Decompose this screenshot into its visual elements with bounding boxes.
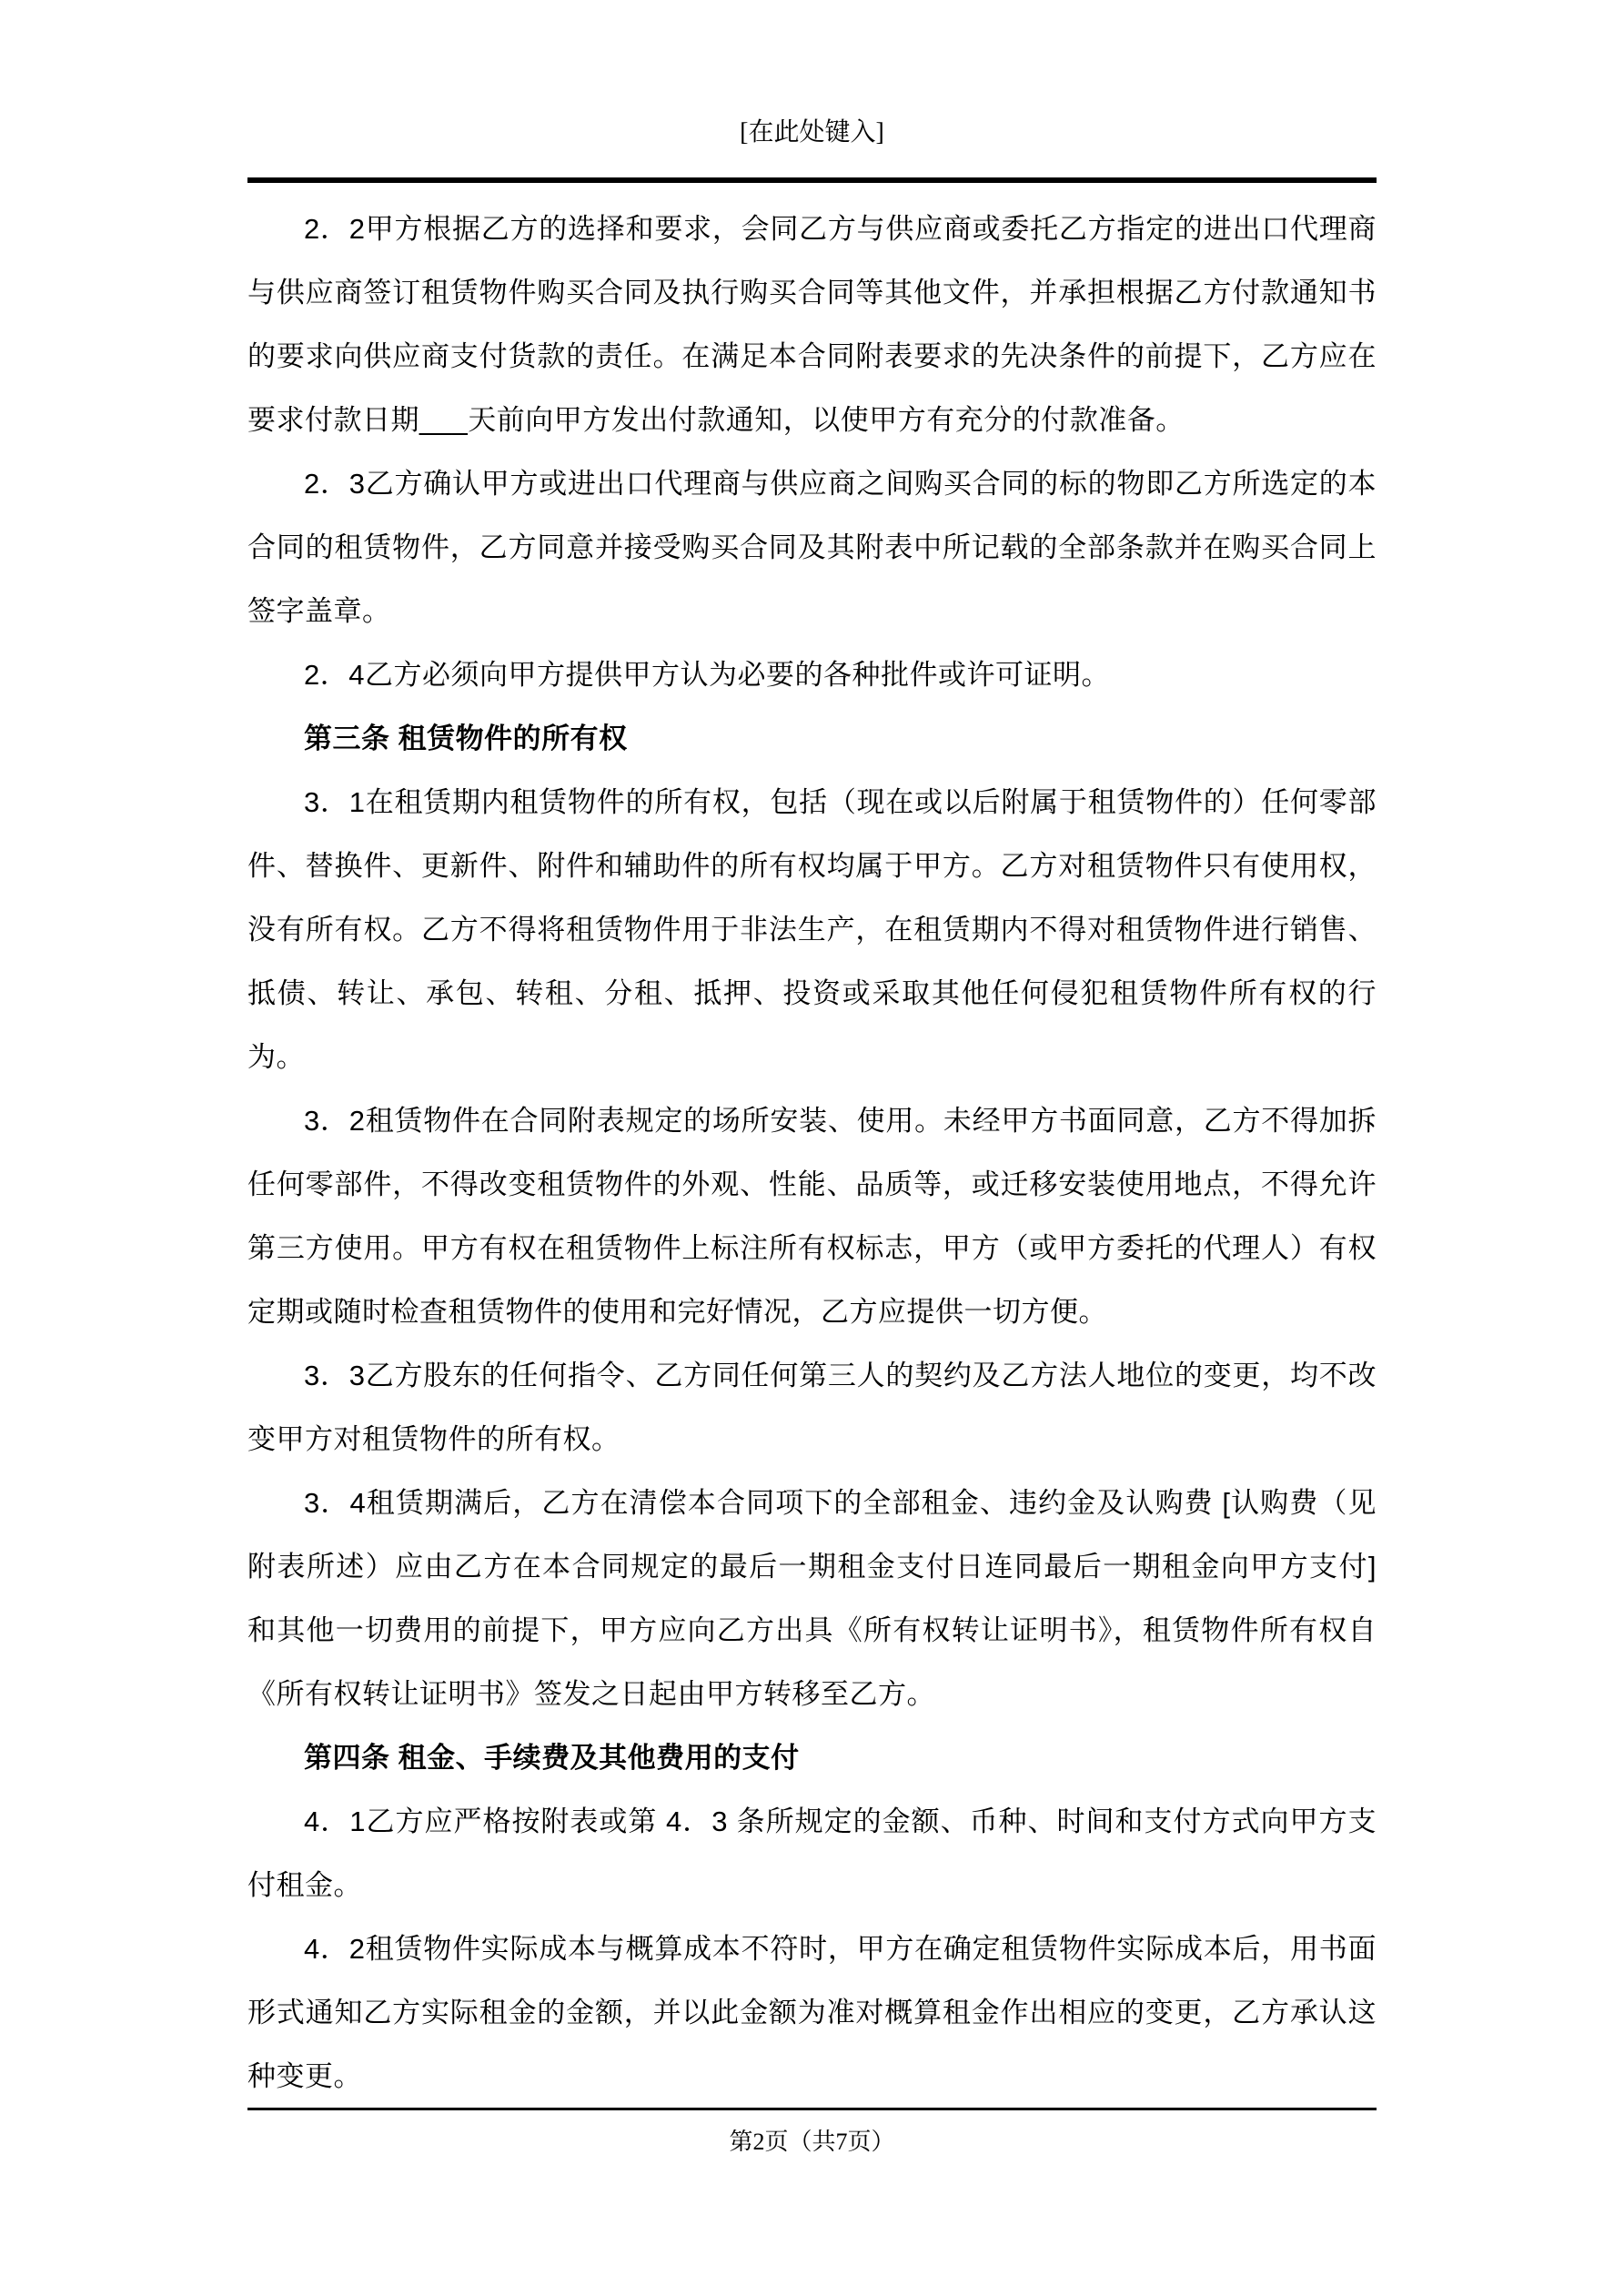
clause-2-4: 2．4乙方必须向甲方提供甲方认为必要的各种批件或许可证明。 [247,643,1377,707]
footer-rule [247,2108,1377,2110]
clause-2-3: 2．3乙方确认甲方或进出口代理商与供应商之间购买合同的标的物即乙方所选定的本合同… [247,452,1377,643]
header-placeholder: [在此处键入] [0,115,1624,151]
clause-4-1: 4．1乙方应严格按附表或第 4．3 条所规定的金额、币种、时间和支付方式向甲方支… [247,1790,1377,1917]
header-rule [247,177,1377,183]
clause-3-2: 3．2租赁物件在合同附表规定的场所安装、使用。未经甲方书面同意，乙方不得加拆任何… [247,1089,1377,1344]
clause-3-3: 3．3乙方股东的任何指令、乙方同任何第三人的契约及乙方法人地位的变更，均不改变甲… [247,1344,1377,1472]
clause-2-2: 2．2甲方根据乙方的选择和要求，会同乙方与供应商或委托乙方指定的进出口代理商与供… [247,197,1377,452]
clause-3-1: 3．1在租赁期内租赁物件的所有权，包括（现在或以后附属于租赁物件的）任何零部件、… [247,771,1377,1089]
document-page: [在此处键入] 2．2甲方根据乙方的选择和要求，会同乙方与供应商或委托乙方指定的… [0,0,1624,2296]
article-3-heading: 第三条 租赁物件的所有权 [247,707,1377,771]
document-body: 2．2甲方根据乙方的选择和要求，会同乙方与供应商或委托乙方指定的进出口代理商与供… [247,197,1377,2109]
page-number: 第2页（共7页） [0,2122,1624,2162]
article-4-heading: 第四条 租金、手续费及其他费用的支付 [247,1726,1377,1790]
clause-4-2: 4．2租赁物件实际成本与概算成本不符时，甲方在确定租赁物件实际成本后，用书面形式… [247,1917,1377,2109]
clause-3-4: 3．4租赁期满后，乙方在清偿本合同项下的全部租金、违约金及认购费 [认购费（见附… [247,1472,1377,1726]
